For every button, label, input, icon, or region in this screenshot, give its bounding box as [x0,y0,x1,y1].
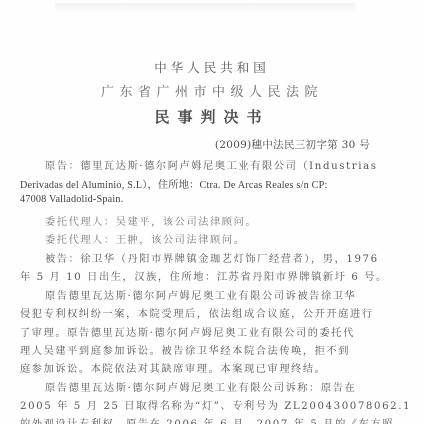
plaintiff-line-1: 原告：德里瓦达斯·德尔阿卢姆尼奥工业有限公司（Industrias [45,157,378,172]
scan-artifact [55,3,355,13]
plaintiff-line-3: 47008 Valladolid-Spain. [20,194,123,205]
document-type-heading: 民事判决书 [0,106,424,127]
defendant-line-2: 年 5 月 10 日出生，汉族，住所地：江苏省丹阳市界牌镇新圩 6 号。 [20,268,388,283]
paragraph-1-line-2: 侵犯专利权纠纷一案，本院受理后，依法组成合议庭，公开开庭进行 [20,305,374,320]
case-number: (2009)穗中法民三初字第 30 号 [215,137,370,152]
defendant-line-1: 被告：徐卫华（丹阳市界牌镇金珈艺灯饰厂经营者），男，1976 [45,250,379,265]
paragraph-1-line-5: 庭参加诉讼。本院依法对其缺席审理。本案现已审理终结。 [20,360,326,375]
document-page: 中华人民共和国 广东省广州市中级人民法院 民事判决书 (2009)穗中法民三初字… [0,0,424,424]
paragraph-1-line-1: 原告德里瓦达斯·德尔阿卢姆尼奥工业有限公司诉被告徐卫华 [45,287,356,302]
plaintiff-line-2: Derivadas del Aluminio, S.L），住所地：Ctra. D… [20,176,328,191]
paragraph-2-line-2: 2005 年 5 月 25 日取得名称为“灯”、专利号为 ZL200430078… [20,397,411,412]
country-heading: 中华人民共和国 [0,58,424,76]
paragraph-2-line-3: 的外观设计专利权。原告在 2006 年 6 月、2007 年 5 月的《东方照 [20,415,394,424]
agent-line-2: 委托代理人：王翀，该公司法律顾问。 [45,231,245,246]
agent-line-1: 委托代理人：吴建平，该公司法律顾问。 [45,213,257,228]
paragraph-1-line-3: 了审理。原告德里瓦达斯·德尔阿卢姆尼奥工业有限公司的委托代 [20,324,355,339]
paragraph-1-line-4: 理人吴建平到庭参加诉讼。被告徐卫华经本院合法传唤，拒不到 [20,342,350,357]
court-heading: 广东省广州市中级人民法院 [0,81,424,100]
paragraph-2-line-1: 原告德里瓦达斯·德尔阿卢姆尼奥工业有限公司诉称：原告在 [45,379,356,394]
